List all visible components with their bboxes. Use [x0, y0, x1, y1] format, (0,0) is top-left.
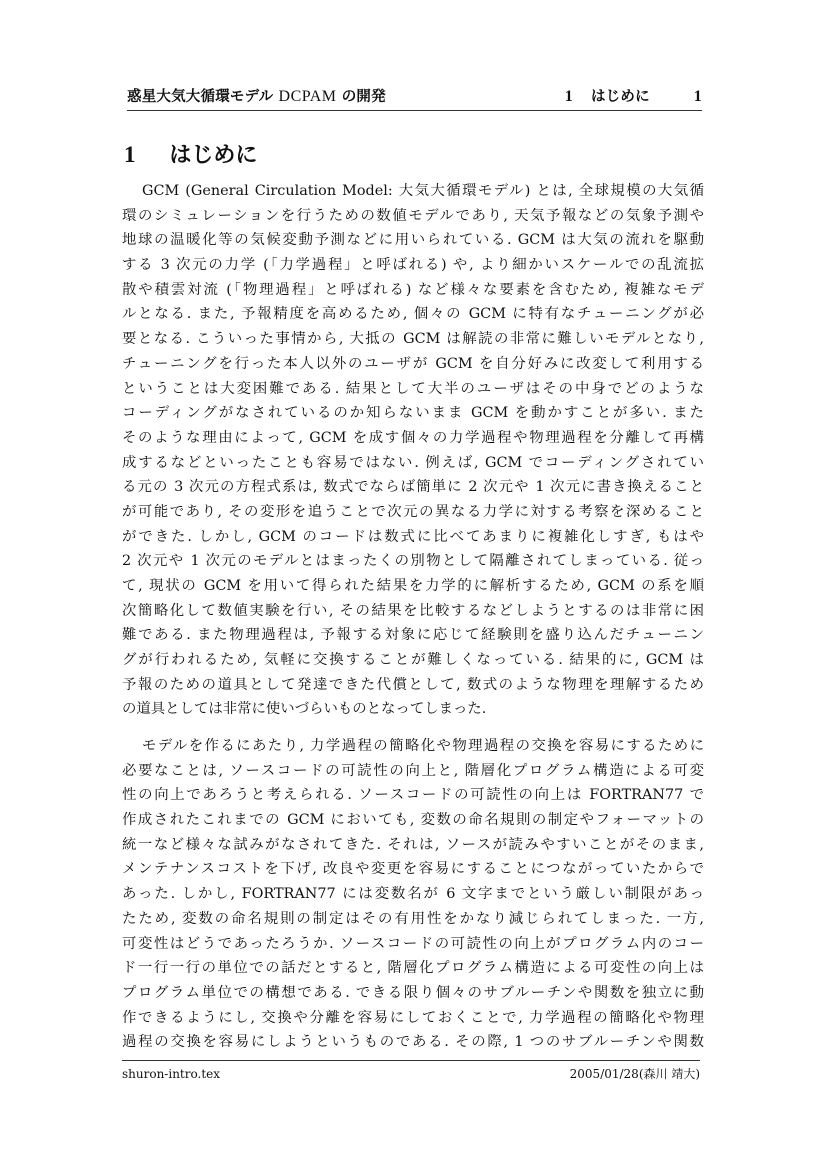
text-line: 統一など様々な試みがなされてきた. それは, ソースが読みやすいことがそのまま, [122, 833, 704, 858]
text-line: 予報のための道具として発達できた代償として, 数式のような物理を理解するため [122, 673, 704, 698]
footer-date-author: 2005/01/28(森川 靖大) [570, 1064, 700, 1084]
text-line: 散や積雲対流 (「物理過程」と呼ばれる) など様々な要素を含むため, 複雑なモデ [122, 278, 704, 303]
text-line: そのような理由によって, GCM を成す個々の力学過程や物理過程を分離して再構 [122, 426, 704, 451]
text-line: たため, 変数の命名規則の制定はその有用性をかなり減じられてしまった. 一方, [122, 907, 704, 932]
running-footer: shuron-intro.tex 2005/01/28(森川 靖大) [122, 1060, 700, 1083]
text-line: 作できるようにし, 交換や分離を容易にしておくことで, 力学過程の簡略化や物理 [122, 1006, 704, 1031]
document-page: 惑星大気大循環モデル DCPAM の開発 1 はじめに 1 1 はじめに GCM… [0, 0, 826, 1169]
header-page-number: 1 [694, 86, 702, 108]
text-line: 環のシミュレーションを行うための数値モデルであり, 天気予報などの気象予測や [122, 204, 704, 229]
text-line: コーディングがなされているのか知らないまま GCM を動かすことが多い. また [122, 401, 704, 426]
text-line: 可変性はどうであったろうか. ソースコードの可読性の向上がプログラム内のコー [122, 932, 704, 957]
text-line: プログラム単位での構想である. できる限り個々のサブルーチンや関数を独立に動 [122, 981, 704, 1006]
text-line: モデルを作るにあたり, 力学過程の簡略化や物理過程の交換を容易にするために [122, 734, 704, 759]
text-line: が可能であり, その変形を追うことで次元の異なる力学に対する考察を深めること [122, 500, 704, 525]
text-line: る元の 3 次元の方程式系は, 数式でならば簡単に 2 次元や 1 次元に書き換… [122, 475, 704, 500]
text-line: する 3 次元の力学 (「力学過程」と呼ばれる) や, より細かいスケールでの乱… [122, 253, 704, 278]
paragraph-2: モデルを作るにあたり, 力学過程の簡略化や物理過程の交換を容易にするために 必要… [122, 734, 704, 1055]
text-line: ということは大変困難である. 結果として大半のユーザはその中身でどのような [122, 377, 704, 402]
text-line: ルとなる. また, 予報精度を高めるため, 個々の GCM に特有なチューニング… [122, 302, 704, 327]
section-number: 1 [124, 140, 162, 170]
text-line: 難である. また物理過程は, 予報する対象に応じて経験則を盛り込んだチューニン [122, 623, 704, 648]
text-line: ができた. しかし, GCM のコードは数式に比べてあまりに複雑化しすぎ, もは… [122, 525, 704, 550]
text-line: 必要なことは, ソースコードの可読性の向上と, 階層化プログラム構造による可変 [122, 759, 704, 784]
text-line: 次簡略化して数値実験を行い, その結果を比較するなどしようとするのは非常に困 [122, 599, 704, 624]
header-title-latin: DCPAM [279, 88, 337, 105]
header-title-suffix: の開発 [342, 89, 386, 105]
text-line: メンテナンスコストを下げ, 改良や変更を容易にすることにつながっていたからで [122, 857, 704, 882]
text-line: 地球の温暖化等の気候変動予測などに用いられている. GCM は大気の流れを駆動 [122, 228, 704, 253]
header-document-title: 惑星大気大循環モデル DCPAM の開発 [127, 86, 386, 108]
text-line: チューニングを行った本人以外のユーザが GCM を自分好みに改変して利用する [122, 352, 704, 377]
footer-filename: shuron-intro.tex [122, 1064, 220, 1084]
text-line: 作成されたこれまでの GCM においても, 変数の命名規則の制定やフォーマットの [122, 808, 704, 833]
header-section-number: 1 [565, 86, 573, 108]
text-line: 成するなどといったことも容易ではない. 例えば, GCM でコーディングされてい [122, 451, 704, 476]
text-line: グが行われるため, 気軽に交換することが難しくなっている. 結果的に, GCM … [122, 648, 704, 673]
section-title: はじめに [169, 143, 257, 168]
text-line: ド一行一行の単位での話だとすると, 階層化プログラム構造による可変性の向上は [122, 956, 704, 981]
header-section-title: はじめに [591, 86, 650, 108]
text-line: 性の向上であろうと考えられる. ソースコードの可読性の向上は FORTRAN77… [122, 783, 704, 808]
text-line: あった. しかし, FORTRAN77 には変数名が 6 文字までという厳しい制… [122, 882, 704, 907]
header-title-japanese: 惑星大気大循環モデル [127, 89, 273, 105]
text-line: の道具としては非常に使いづらいものとなってしまった. [122, 697, 704, 722]
section-heading: 1 はじめに [124, 140, 257, 171]
text-line: 要となる. こういった事情から, 大抵の GCM は解読の非常に難しいモデルとな… [122, 327, 704, 352]
header-section-info: 1 はじめに 1 [565, 86, 702, 108]
text-line: GCM (General Circulation Model: 大気大循環モデル… [122, 179, 704, 204]
text-line: 過程の交換を容易にしようというものである. その際, 1 つのサブルーチンや関数 [122, 1030, 704, 1055]
text-line: て, 現状の GCM を用いて得られた結果を力学的に解析するため, GCM の系… [122, 574, 704, 599]
running-header: 惑星大気大循環モデル DCPAM の開発 1 はじめに 1 [127, 86, 702, 111]
text-line: 2 次元や 1 次元のモデルとはまったくの別物として隔離されてしまっている. 従… [122, 549, 704, 574]
paragraph-1: GCM (General Circulation Model: 大気大循環モデル… [122, 179, 704, 722]
